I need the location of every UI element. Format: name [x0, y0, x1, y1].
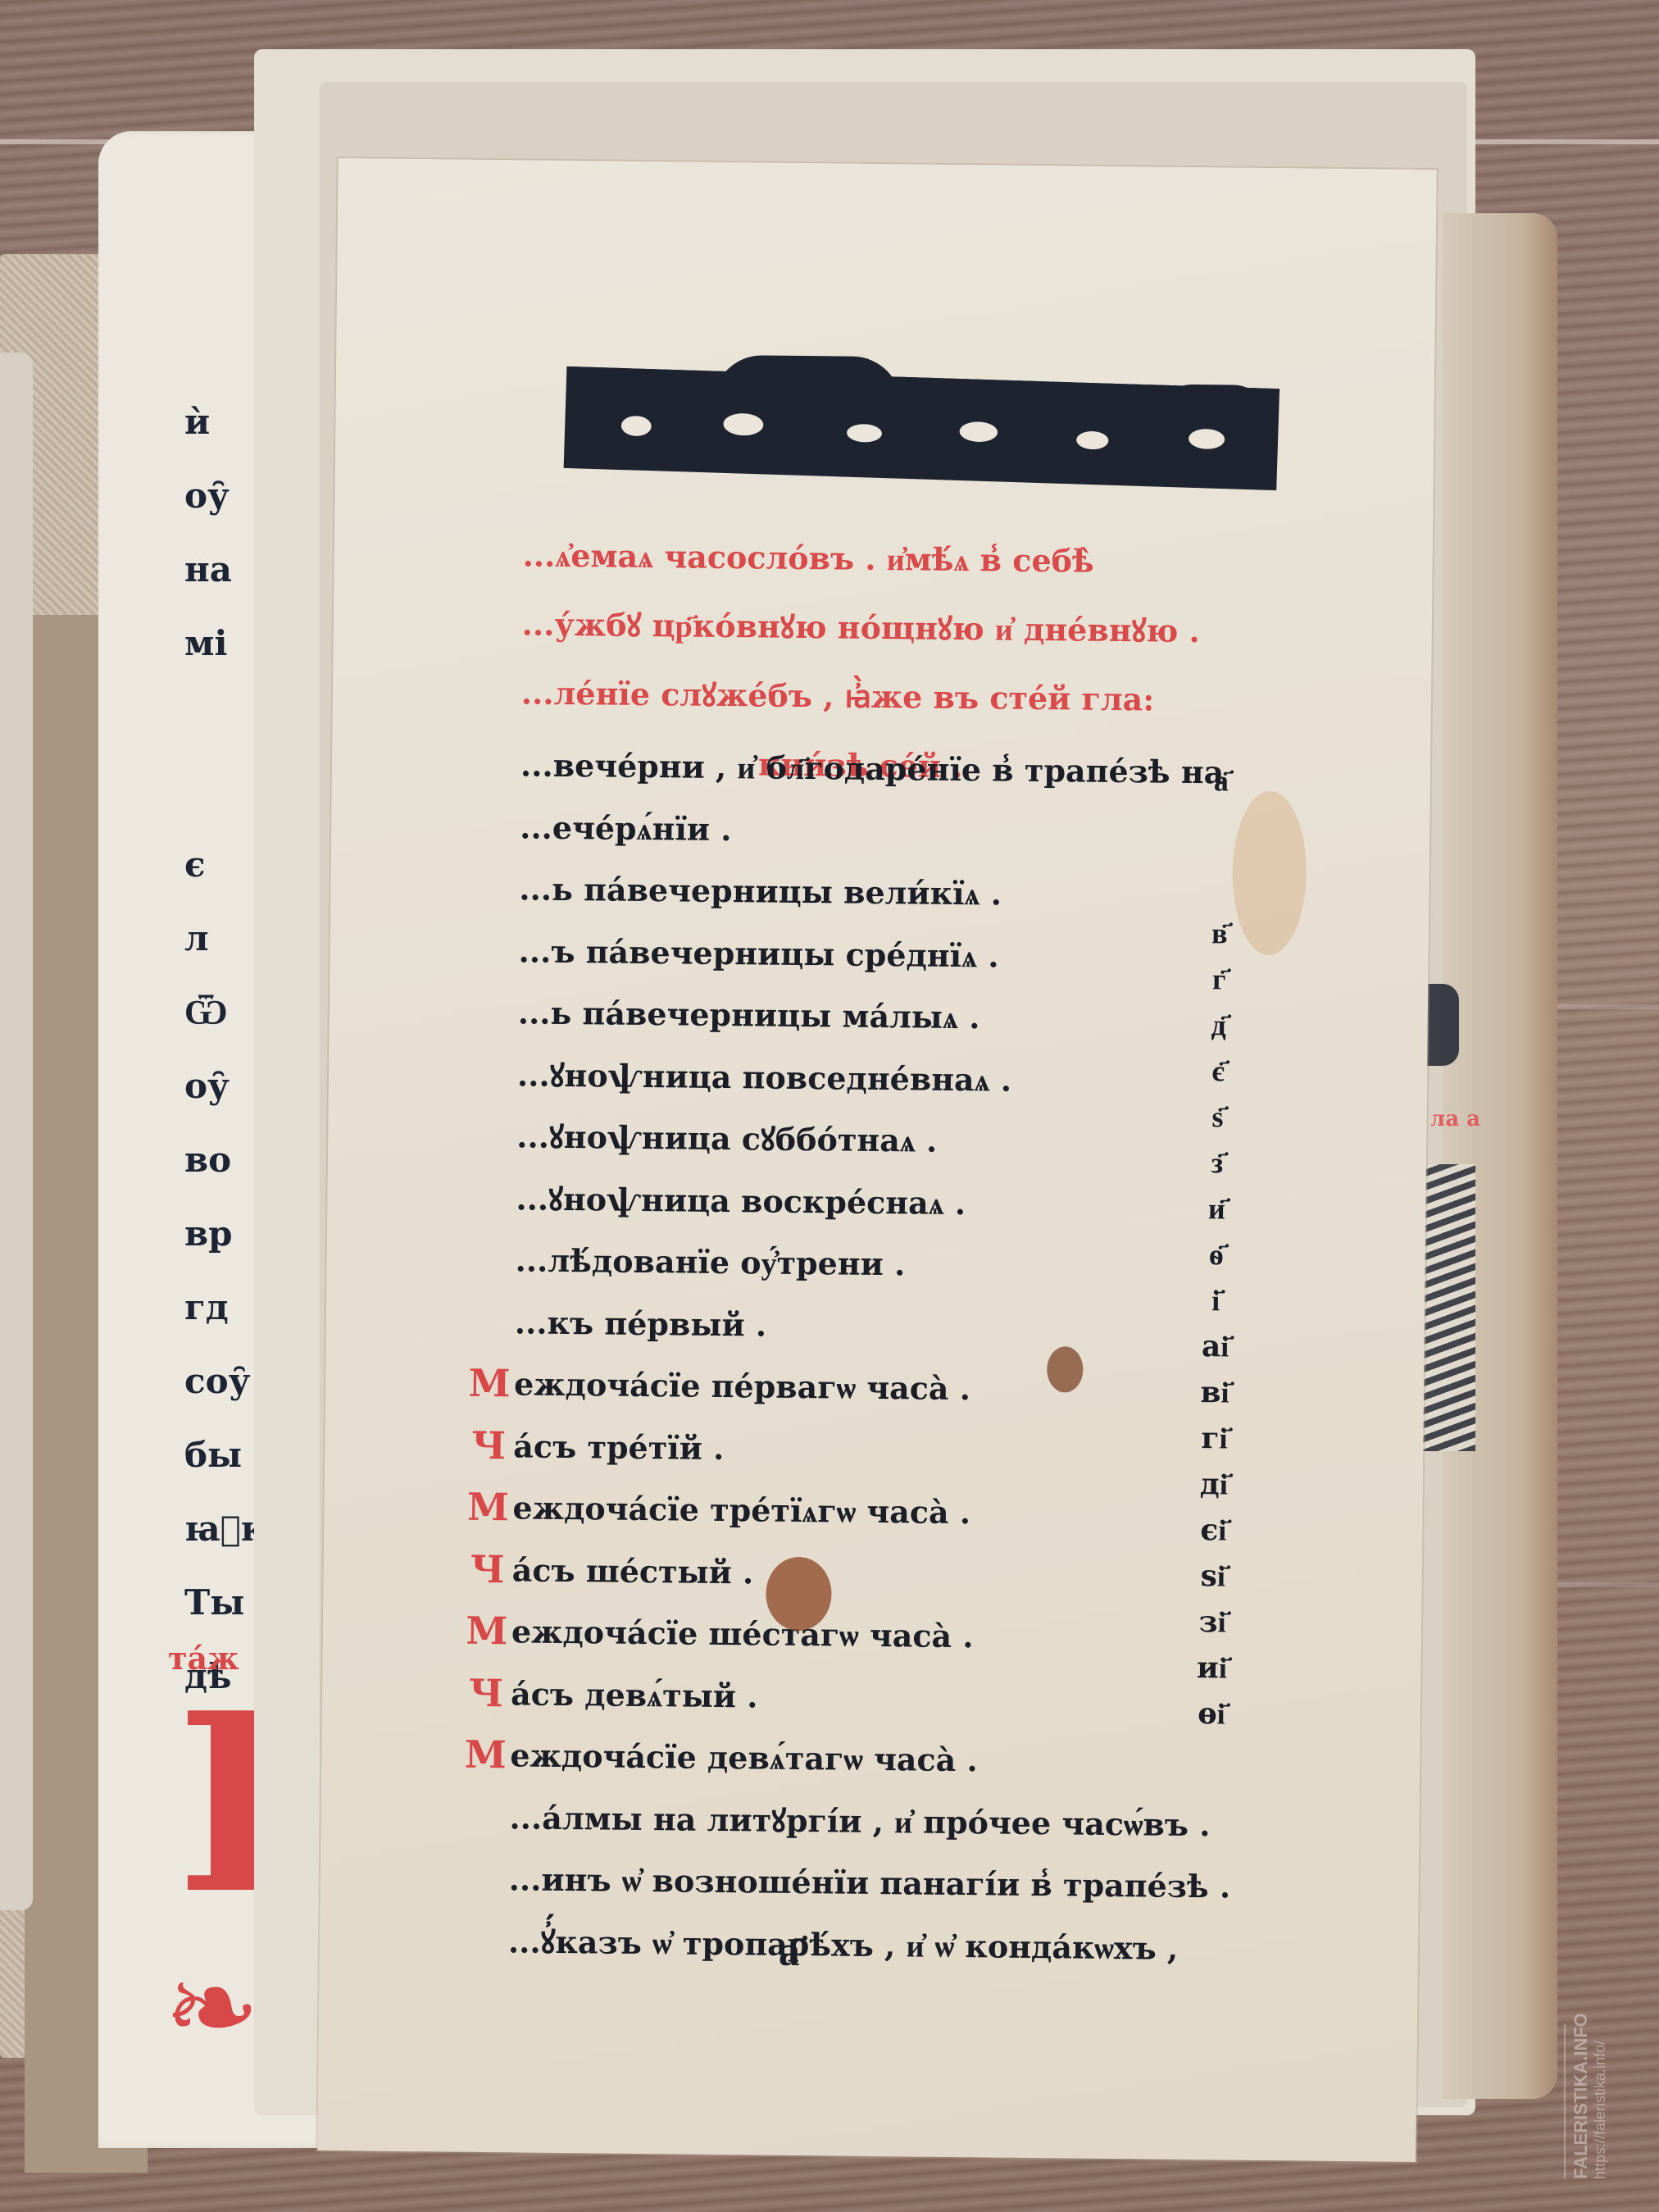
- red-marker: ·: [468, 1043, 518, 1105]
- toc-entry: ·...къ пе́рвый .: [466, 1290, 1286, 1361]
- toc-entry: Междоча́сїе тре́тїѧгѡ часа̀ .: [463, 1477, 1284, 1547]
- toc-entry: ·...а́лмы на литꙋргі́и , и҆ про́чее часѡ…: [460, 1786, 1280, 1856]
- toc-entry: ·...ꙋноѱница воскре́снаѧ .: [466, 1167, 1287, 1237]
- page-numeral: иі҃: [1183, 1645, 1241, 1691]
- toc-entry-text: ...ꙋноѱница повседне́внаѧ .: [517, 1044, 1012, 1111]
- red-marker: ·: [459, 1909, 509, 1972]
- toc-entry-text: ...ꙋноѱница воскре́снаѧ .: [516, 1167, 966, 1234]
- page-numeral: и҃: [1188, 1186, 1246, 1232]
- book-fore-edge: [1443, 213, 1557, 2099]
- toc-entry: ·...ꙋ҆́казъ ѡ҆ тропарѣ́хъ , и҆ ѡ҆ конда́…: [459, 1909, 1279, 1980]
- toc-entry-text: ...ъ па́вечерницы сре́днїѧ .: [518, 920, 999, 987]
- title-line: ...ле́нїе слꙋже́бъ , ꙗ҆̀же въ сте́й гла:: [521, 658, 1301, 735]
- toc-entry: ·...ь па́вечерницы вели́кїѧ .: [470, 858, 1290, 928]
- table-of-contents: ·...вече́рни , и҆ бл҃годаре́нїе в̾ трапе…: [459, 734, 1292, 1980]
- page-numeral: г҃: [1190, 956, 1248, 1003]
- toc-entry-text: ...ь па́вечерницы ма́лыѧ .: [517, 981, 979, 1048]
- red-marker: Ч: [462, 1538, 512, 1600]
- red-marker: ·: [466, 1229, 516, 1291]
- toc-entry: Ча́съ девѧ́тый .: [461, 1662, 1282, 1732]
- toc-entry-text: еждоча́сїе тре́тїѧгѡ часа̀ .: [512, 1477, 970, 1543]
- toc-entry-text: еждоча́сїе ше́стагѡ часа̀ .: [511, 1600, 974, 1667]
- red-marker: ·: [468, 981, 518, 1044]
- page-numeral: гі҃: [1185, 1415, 1243, 1462]
- red-marker: М: [463, 1477, 513, 1539]
- toc-entry: Междоча́сїе девѧ́тагѡ часа̀ .: [461, 1724, 1281, 1795]
- red-marker: ·: [469, 919, 519, 981]
- red-marker: ·: [466, 1167, 516, 1229]
- page-numeral: ѕі҃: [1184, 1553, 1242, 1600]
- toc-entry-text: ...ече́рѧ́нїи .: [520, 796, 732, 860]
- page-numeral: ѕ҃: [1189, 1094, 1247, 1140]
- toc-entry: ·...ече́рѧ́нїи .: [470, 795, 1291, 866]
- red-marker: ·: [467, 1105, 517, 1167]
- folio-number: а҃: [779, 1926, 801, 1976]
- page-numeral: зі҃: [1184, 1599, 1242, 1645]
- toc-entry-text: а́съ ше́стый .: [511, 1539, 753, 1604]
- red-marker: Ч: [464, 1414, 514, 1477]
- red-marker: ·: [471, 734, 521, 796]
- previous-leaf-edge: [0, 353, 33, 1910]
- watermark-url: https://faleristika.info/: [1592, 2041, 1608, 2179]
- page-numeral: аі҃: [1186, 1323, 1244, 1370]
- page-numeral: з҃: [1189, 1140, 1247, 1186]
- toc-entry-text: а́съ девѧ́тый .: [511, 1663, 758, 1727]
- stain: [1232, 791, 1307, 956]
- toc-entry-text: ...лѣ́дованїе оу҆́трени .: [515, 1229, 905, 1295]
- watermark: FALERISTIKA.INFO https://faleristika.inf…: [1564, 2023, 1644, 2179]
- toc-entry-text: ...ꙋ҆́казъ ѡ҆ тропарѣ́хъ , и҆ ѡ҆ конда́к…: [508, 1910, 1179, 1979]
- red-marker: ·: [460, 1786, 510, 1848]
- page-numeral: єі҃: [1184, 1507, 1243, 1554]
- toc-entry: ·...ꙋноѱница сꙋббо́тнаѧ .: [467, 1105, 1288, 1176]
- toc-entry-text: ...а́лмы на литꙋргі́и , и҆ про́чее часѡ́…: [509, 1786, 1211, 1855]
- red-text-fragment: ла а: [1430, 1107, 1480, 1131]
- page-numeral: ѳі҃: [1183, 1691, 1241, 1737]
- main-page: ...ѧ҆емаѧ часосло́въ . и҆мѣ́ѧ в̾ себѣ̀ .…: [317, 158, 1436, 2162]
- woodcut-headpiece-ornament: [564, 366, 1279, 490]
- toc-entry-text: ...ь па́вечерницы вели́кїѧ .: [519, 858, 1002, 925]
- toc-entry: ·...ь па́вечерницы ма́лыѧ .: [468, 981, 1289, 1052]
- toc-entry-text: ...вече́рни , и҆ бл҃годаре́нїе в̾ трапе́…: [520, 734, 1225, 803]
- page-numeral: і҃: [1187, 1277, 1245, 1324]
- red-marker: ·: [459, 1848, 509, 1910]
- page-numeral: є҃: [1189, 1048, 1248, 1095]
- red-marker: М: [465, 1353, 515, 1415]
- page-numeral: ѳ҃: [1188, 1231, 1246, 1278]
- page-numeral: д҃: [1189, 1002, 1248, 1049]
- toc-entry: ·...лѣ́дованїе оу҆́трени .: [466, 1229, 1286, 1299]
- watermark-brand: FALERISTIKA.INFO: [1570, 2013, 1591, 2179]
- red-marker: М: [462, 1600, 512, 1663]
- red-marker: ·: [466, 1290, 516, 1353]
- toc-entry-text: еждоча́сїе девѧ́тагѡ часа̀ .: [510, 1724, 978, 1791]
- red-marker: ·: [470, 795, 520, 858]
- toc-entry-text: а́съ тре́тїй .: [513, 1415, 725, 1479]
- toc-entry: ·...инъ ѡ҆ возноше́нїи панагі́и в̾ трапе…: [459, 1848, 1279, 1918]
- page-numeral: ді҃: [1185, 1461, 1243, 1508]
- red-marker: М: [461, 1724, 511, 1786]
- toc-entry: Ча́съ тре́тїй .: [464, 1414, 1284, 1485]
- toc-entry-text: ...къ пе́рвый .: [515, 1291, 767, 1356]
- toc-entry: Междоча́сїе ше́стагѡ часа̀ .: [462, 1600, 1283, 1671]
- title-line: ...у́жбꙋ цр҃ко́внꙋю но́щнꙋю и҆ дне́внꙋю …: [521, 589, 1301, 667]
- toc-entry: ·...ꙋноѱница повседне́внаѧ .: [468, 1043, 1289, 1113]
- red-marker: ·: [470, 858, 520, 920]
- page-numeral: а҃: [1193, 758, 1251, 804]
- toc-entry: Междоча́сїе пе́рвагѡ часа̀ .: [465, 1353, 1285, 1423]
- toc-entry-text: ...ꙋноѱница сꙋббо́тнаѧ .: [516, 1105, 938, 1172]
- toc-entry-text: еждоча́сїе пе́рвагѡ часа̀ .: [514, 1353, 971, 1419]
- red-flourish-ornament-icon: ❧: [164, 1951, 260, 2066]
- page-numeral: ві҃: [1186, 1369, 1244, 1416]
- red-marker: Ч: [461, 1662, 511, 1724]
- toc-entry: ·...ъ па́вечерницы сре́днїѧ .: [469, 919, 1289, 990]
- toc-entry: Ча́съ ше́стый .: [462, 1538, 1283, 1609]
- title-line: ...ѧ҆емаѧ часосло́въ . и҆мѣ́ѧ в̾ себѣ̀: [522, 521, 1302, 598]
- toc-entry: ·...вече́рни , и҆ бл҃годаре́нїе в̾ трапе…: [471, 734, 1292, 804]
- toc-entry-text: ...инъ ѡ҆ возноше́нїи панагі́и в̾ трапе́…: [508, 1848, 1230, 1918]
